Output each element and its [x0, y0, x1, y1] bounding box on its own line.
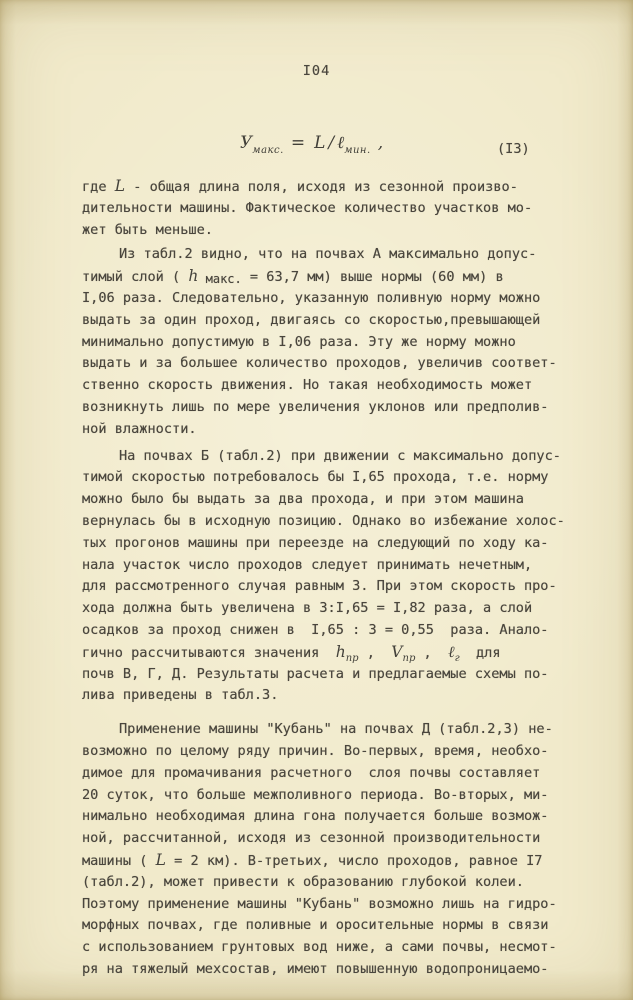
text-segment: , [359, 645, 392, 661]
var-h-pr: h [336, 643, 346, 661]
text-line: ря на тяжелый мехсостав, имеют повышенну… [82, 959, 572, 981]
formula-denominator-subscript: мин. [344, 145, 371, 156]
text-line: машины ( L = 2 км). В-третьих, число про… [82, 850, 572, 872]
text-line: димое для промачивания расчетного слоя п… [82, 763, 572, 785]
formula-comma: , [378, 133, 383, 153]
text-line: тимый слой ( h макс. = 63,7 мм) выше нор… [82, 266, 572, 288]
text-line: тимой скоростью потребовалось бы I,65 пр… [82, 467, 572, 489]
text-line: минимально допустимую в I,06 раза. Эту ж… [82, 332, 572, 354]
text-segment: машины ( [82, 853, 156, 869]
formula-numerator: L [314, 133, 325, 153]
formula-equals: = [291, 133, 305, 153]
text-line: с использованием грунтовых вод ниже, а с… [82, 937, 572, 959]
subscript-pr: пр [403, 653, 416, 664]
paragraph-3: На почвах Б (табл.2) при движении с макс… [82, 446, 572, 708]
formula-lhs: У [240, 133, 252, 153]
text-line: Поэтому применение машины "Кубань" возмо… [82, 894, 572, 916]
scanned-document-page: I04 Умакс.=L/ℓмин., (I3) где L - общая д… [0, 0, 633, 1000]
text-line: почв В, Г, Д. Результаты расчета и предл… [82, 664, 572, 686]
text-line: ной, рассчитанной, исходя из сезонной пр… [82, 828, 572, 850]
page-number: I04 [0, 63, 633, 79]
text-segment: , [415, 645, 448, 661]
text-line: гично рассчитываются значения hпр , Vпр … [82, 642, 572, 664]
paragraph-1: где L - общая длина поля, исходя из сезо… [82, 176, 572, 241]
text-line: I,06 раза. Следовательно, указанную поли… [82, 288, 572, 310]
text-line: можно было бы выдать за два прохода, и п… [82, 489, 572, 511]
equation-13: Умакс.=L/ℓмин., [240, 133, 383, 163]
text-line: выдать и за большее количество проходов,… [82, 353, 572, 375]
text-line: возникнуть лишь по мере увеличения уклон… [82, 397, 572, 419]
text-line: нимально необходимая длина гона получает… [82, 806, 572, 828]
text-line: нала участок число проходов следует прин… [82, 555, 572, 577]
text-segment: для [460, 645, 501, 661]
text-line: где L - общая длина поля, исходя из сезо… [82, 176, 572, 198]
text-line: хода должна быть увеличена в 3:I,65 = I,… [82, 598, 572, 620]
text-line: На почвах Б (табл.2) при движении с макс… [82, 446, 572, 468]
text-line: для рассмотренного случая равным 3. При … [82, 576, 572, 598]
text-line: выдать за один проход, двигаясь со скоро… [82, 310, 572, 332]
text-line: Применение машины "Кубань" на почвах Д (… [82, 719, 572, 741]
text-segment: где [82, 179, 115, 195]
text-segment: - общая длина поля, исходя из сезонной п… [125, 179, 518, 195]
var-h-max: h [188, 267, 198, 285]
paragraph-4: Применение машины "Кубань" на почвах Д (… [82, 719, 572, 981]
equation-number: (I3) [497, 141, 530, 157]
text-line: ной влажности. [82, 419, 572, 441]
paragraph-2: Из табл.2 видно, что на почвах А максима… [82, 244, 572, 440]
text-line: Из табл.2 видно, что на почвах А максима… [82, 244, 572, 266]
var-L-field-length: L [156, 851, 166, 869]
text-line: жет быть меньше. [82, 220, 572, 242]
document-body: где L - общая длина поля, исходя из сезо… [82, 176, 572, 981]
formula-lhs-subscript: макс. [252, 145, 284, 156]
text-line: ственно скорость движения. Но такая необ… [82, 375, 572, 397]
text-line: возможно по целому ряду причин. Во-первы… [82, 741, 572, 763]
text-line: тых прогонов машины при переезде на след… [82, 533, 572, 555]
var-L-field-length: L [115, 177, 125, 195]
text-segment: = 2 км). В-третьих, число проходов, равн… [166, 853, 542, 869]
text-line: (табл.2), может привести к образованию г… [82, 872, 572, 894]
subscript-pr: пр [346, 653, 359, 664]
text-line: морфных почвах, где поливные и ороситель… [82, 915, 572, 937]
subscript-maks: макс. [198, 272, 241, 286]
text-segment: гично рассчитываются значения [82, 645, 336, 661]
text-segment: тимый слой ( [82, 269, 188, 285]
text-line: осадков за проход снижен в I,65 : 3 = 0,… [82, 620, 572, 642]
text-line: лива приведены в табл.3. [82, 685, 572, 707]
formula-slash: / [328, 133, 334, 153]
text-line: дительности машины. Фактическое количест… [82, 198, 572, 220]
var-v-pr: V [391, 643, 402, 661]
text-line: 20 суток, что больше межполивного период… [82, 785, 572, 807]
text-line: вернулась бы в исходную позицию. Однако … [82, 511, 572, 533]
text-segment: = 63,7 мм) выше нормы (60 мм) в [242, 269, 504, 285]
